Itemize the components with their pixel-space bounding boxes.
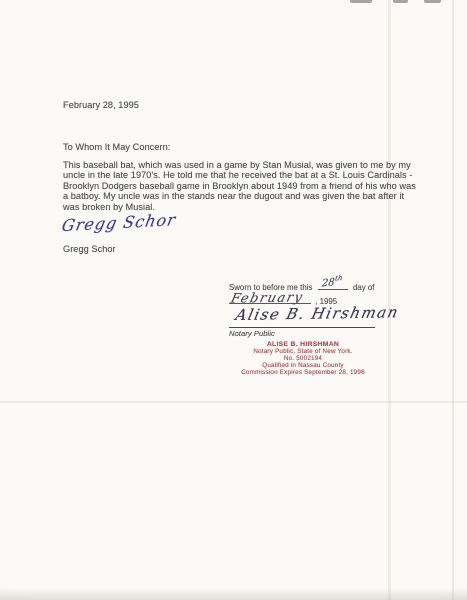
paper-edge-shadow xyxy=(0,588,467,600)
stamp-notary-name: ALISE B. HIRSHMAN xyxy=(222,341,384,348)
letter-body-line: uncle in the late 1970's. He told me tha… xyxy=(63,170,416,180)
scan-streak xyxy=(452,0,454,600)
typed-sender-name: Gregg Schor xyxy=(63,244,116,254)
letter-body: This baseball bat, which was used in a g… xyxy=(63,160,416,212)
letter-body-line: This baseball bat, which was used in a g… xyxy=(63,160,416,170)
notary-signature-line xyxy=(229,327,375,328)
scanned-letter-page: February 28, 1995 To Whom It May Concern… xyxy=(0,0,467,600)
handwritten-month-slot: February xyxy=(229,293,311,304)
stamp-commission-expiry: Commission Expires September 28, 1996 xyxy=(222,369,384,376)
notary-public-label: Notary Public xyxy=(229,329,275,338)
handwritten-day-slot: 28th xyxy=(318,280,348,290)
stamp-notary-number: No. 5002194 xyxy=(222,355,384,362)
handwritten-day: 28th xyxy=(321,274,343,290)
stamp-notary-state: Notary Public, State of New York. xyxy=(222,348,384,355)
letter-salutation: To Whom It May Concern: xyxy=(63,142,170,152)
letter-body-line: a batboy. My uncle was in the stands nea… xyxy=(63,191,416,201)
scan-artifact xyxy=(393,0,408,3)
letter-body-line: was broken by Musial. xyxy=(63,202,416,212)
sworn-suffix-text: day of xyxy=(353,283,375,292)
scan-artifact xyxy=(424,0,441,3)
letter-body-line: Brooklyn Dodgers baseball game in Brookl… xyxy=(63,181,416,191)
notary-stamp: ALISE B. HIRSHMAN Notary Public, State o… xyxy=(222,341,384,376)
stamp-notary-county: Qualified in Nassau County xyxy=(222,362,384,369)
letter-date: February 28, 1995 xyxy=(63,100,139,110)
scan-streak xyxy=(388,0,391,600)
paper-fold-line xyxy=(0,401,467,403)
scan-artifact xyxy=(350,0,372,3)
gregg-schor-signature: Gregg Schor xyxy=(60,210,178,235)
notary-signature: Alise B. Hirshman xyxy=(234,303,401,324)
